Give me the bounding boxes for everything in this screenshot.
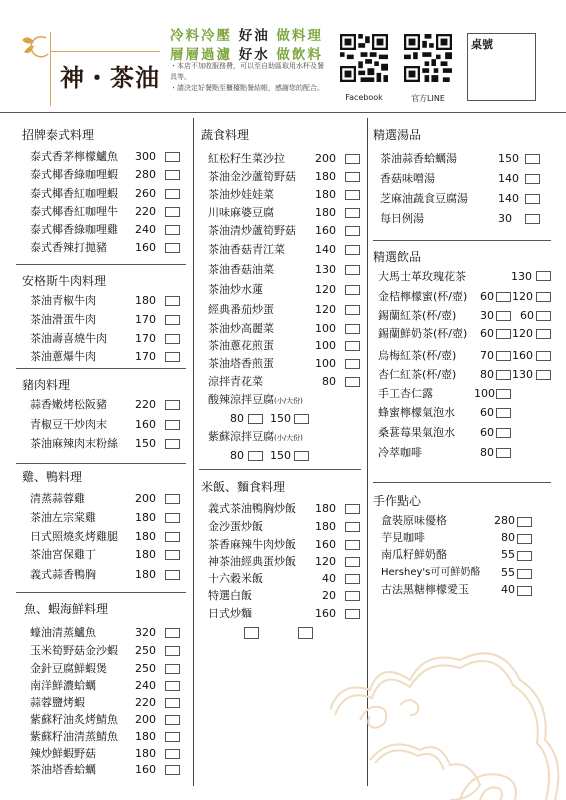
menu-item: 茶油炒高麗菜100 [208, 320, 360, 338]
section-title-soup: 精選湯品 [373, 124, 421, 143]
order-checkbox[interactable] [165, 334, 180, 344]
menu-item: 芋見咖啡80 [381, 529, 541, 547]
noodle-options [208, 624, 360, 642]
order-checkbox[interactable] [165, 152, 180, 162]
cloud-decoration-icon [330, 640, 566, 800]
order-checkbox[interactable] [165, 420, 180, 430]
menu-item: 義式茶油鴨胸炒飯180 [208, 500, 360, 518]
order-checkbox[interactable] [517, 517, 532, 527]
menu-item-tofu-1-prices: 80 150 [208, 410, 360, 428]
menu-item: 杏仁紅茶(杯/壺)80130 [378, 366, 558, 384]
order-checkbox[interactable] [165, 494, 180, 504]
order-checkbox[interactable] [165, 532, 180, 542]
order-checkbox[interactable] [345, 265, 360, 275]
menu-item: 茶油壽喜燒牛肉170 [30, 330, 180, 348]
header-divider [0, 112, 566, 113]
order-checkbox-small[interactable] [248, 451, 263, 461]
menu-item: 泰式椰香綠咖哩蝦280 [30, 166, 180, 184]
brand-logo: 神・茶油 [14, 28, 164, 108]
qr-label-line: 官方LINE [400, 93, 456, 104]
order-checkbox[interactable] [165, 646, 180, 656]
order-checkbox[interactable] [345, 359, 360, 369]
order-checkbox-pot[interactable] [536, 329, 551, 339]
order-checkbox[interactable] [345, 540, 360, 550]
order-checkbox[interactable] [345, 285, 360, 295]
menu-item: 涼拌青花菜80 [208, 373, 360, 391]
section-title-drinks: 精選飲品 [373, 246, 421, 265]
order-checkbox-cup[interactable] [496, 292, 511, 302]
order-checkbox-large[interactable] [294, 414, 309, 424]
order-checkbox[interactable] [496, 389, 511, 399]
order-checkbox[interactable] [496, 408, 511, 418]
order-checkbox-cup[interactable] [496, 351, 511, 361]
order-checkbox-cup[interactable] [496, 311, 511, 321]
menu-item: 茶香麻辣牛肉炒飯160 [208, 536, 360, 554]
order-checkbox-cup[interactable] [496, 329, 511, 339]
section-title-veg: 蔬食料理 [201, 124, 249, 143]
menu-item: 茶油蔥爆牛肉170 [30, 348, 180, 366]
menu-item: 茶油青椒牛肉180 [30, 292, 180, 310]
menu-item: 神茶油經典蛋炒飯120 [208, 553, 360, 571]
menu-item: 十六穀米飯40 [208, 570, 360, 588]
slogan-line-1: 冷料冷壓 好油 做料理 [170, 24, 323, 44]
qr-code-icon[interactable] [340, 34, 388, 82]
order-checkbox[interactable] [345, 190, 360, 200]
menu-item: 南洋鮮濃蛤蠣240 [30, 677, 180, 695]
menu-item: 每日例湯30 [380, 210, 542, 228]
noodle-option-checkbox[interactable] [244, 627, 259, 639]
order-checkbox[interactable] [165, 749, 180, 759]
menu-item: 義式蒜香鴨胸180 [30, 566, 180, 584]
menu-item: 紫蘇籽油清蒸鯖魚180 [30, 728, 180, 746]
order-checkbox-pot[interactable] [536, 311, 551, 321]
section-title-dessert: 手作點心 [373, 490, 421, 509]
order-checkbox-cup[interactable] [496, 370, 511, 380]
leaf-logo-icon [18, 32, 58, 62]
menu-item: 特選白飯20 [208, 587, 360, 605]
order-checkbox[interactable] [345, 341, 360, 351]
menu-item: 茶油塔香蛤蠣160 [30, 761, 180, 779]
menu-item-tofu-1: 酸辣涼拌豆腐(小/大份) [208, 391, 360, 409]
order-checkbox[interactable] [165, 628, 180, 638]
menu-item: 香菇味噌湯140 [380, 170, 542, 188]
menu-item: 川味麻婆豆腐180 [208, 204, 360, 222]
menu-item: 泰式椰香紅咖哩蝦260 [30, 185, 180, 203]
order-checkbox[interactable] [345, 208, 360, 218]
order-checkbox[interactable] [165, 513, 180, 523]
section-title-rice: 米飯、麵食料理 [201, 476, 285, 495]
menu-item: 茶油蒜香蛤蠣湯150 [380, 150, 542, 168]
order-checkbox[interactable] [165, 296, 180, 306]
notice-item: ・請決定好餐點至櫃檯點餐結帳，感謝您的配合。 [170, 83, 330, 94]
menu-item: 茶油香菇青江菜140 [208, 241, 360, 259]
menu-item: 金桔檸檬蜜(杯/壺)60120 [378, 288, 558, 306]
section-title-seafood: 魚、蝦海鮮料理 [24, 598, 108, 617]
order-checkbox[interactable] [517, 586, 532, 596]
order-checkbox-pot[interactable] [536, 271, 551, 281]
menu-item: 茶油麻辣肉末粉絲150 [30, 435, 180, 453]
section-title-pork: 豬肉料理 [22, 374, 70, 393]
order-checkbox[interactable] [517, 569, 532, 579]
order-checkbox[interactable] [525, 194, 540, 204]
order-checkbox[interactable] [165, 315, 180, 325]
menu-item: 泰式香茅檸檬鱸魚300 [30, 148, 180, 166]
order-checkbox[interactable] [525, 174, 540, 184]
logo-line [50, 51, 160, 52]
menu-item: 金沙蛋炒飯180 [208, 518, 360, 536]
notice-list: ・本店不加收服務費，可以至自助區取用水杯及餐具等。 ・請決定好餐點至櫃檯點餐結帳… [170, 61, 330, 94]
order-checkbox[interactable] [525, 214, 540, 224]
slogan-line-2: 層層過濾 好水 做飲料 [170, 43, 323, 63]
menu-item: 古法黑糖檸檬愛玉40 [381, 581, 541, 599]
order-checkbox[interactable] [345, 522, 360, 532]
order-checkbox[interactable] [345, 574, 360, 584]
section-title-thai: 招牌泰式料理 [22, 124, 94, 143]
menu-item: 茶油宮保雞丁180 [30, 546, 180, 564]
order-checkbox[interactable] [165, 207, 180, 217]
order-checkbox[interactable] [345, 154, 360, 164]
menu-item: 茶油金沙蘆筍野菇180 [208, 168, 360, 186]
order-checkbox[interactable] [165, 681, 180, 691]
order-checkbox[interactable] [345, 172, 360, 182]
order-checkbox[interactable] [345, 226, 360, 236]
section-divider [373, 240, 551, 241]
section-divider [16, 463, 186, 464]
brand-name: 神・茶油 [60, 58, 160, 93]
order-checkbox[interactable] [345, 609, 360, 619]
menu-item-tofu-2: 紫蘇涼拌豆腐(小/大份) [208, 428, 360, 446]
menu-item: 芝麻油蔬食豆腐湯140 [380, 190, 542, 208]
menu-item: 錫蘭鮮奶茶(杯/壺)60120 [378, 325, 558, 343]
menu-item: 日式炒麵160 [208, 605, 360, 623]
order-checkbox[interactable] [165, 189, 180, 199]
order-checkbox[interactable] [345, 305, 360, 315]
order-checkbox[interactable] [165, 352, 180, 362]
order-checkbox[interactable] [345, 245, 360, 255]
menu-item: 清蒸蒜蓉雞200 [30, 490, 180, 508]
menu-item: 盒裝原味優格280 [381, 512, 541, 530]
menu-item: 茶油蔥花煎蛋100 [208, 337, 360, 355]
order-checkbox[interactable] [165, 570, 180, 580]
order-checkbox-pot[interactable] [536, 292, 551, 302]
order-checkbox[interactable] [345, 377, 360, 387]
slogan-highlight: 好油 [239, 28, 270, 44]
menu-item: 茶油左宗棠雞180 [30, 509, 180, 527]
slogan-text: 做料理 [276, 28, 323, 44]
section-divider [373, 482, 551, 483]
menu-item: 茶油炒水蓮120 [208, 281, 360, 299]
section-title-beef: 安格斯牛肉料理 [22, 270, 106, 289]
order-checkbox[interactable] [517, 534, 532, 544]
order-checkbox-large[interactable] [294, 451, 309, 461]
menu-item: 蒜香嫩烤松阪豬220 [30, 396, 180, 414]
order-checkbox-pot[interactable] [536, 351, 551, 361]
order-checkbox[interactable] [345, 591, 360, 601]
menu-item: 泰式椰香綠咖哩雞240 [30, 221, 180, 239]
order-checkbox[interactable] [165, 698, 180, 708]
order-checkbox[interactable] [165, 550, 180, 560]
menu-item: 烏梅紅茶(杯/壺)70160 [378, 347, 558, 365]
notice-item: ・本店不加收服務費，可以至自助區取用水杯及餐具等。 [170, 61, 330, 83]
order-checkbox[interactable] [165, 715, 180, 725]
menu-item: 金針豆腐鮮蝦煲250 [30, 660, 180, 678]
menu-item: 蜂蜜檸檬氣泡水60 [378, 404, 558, 422]
menu-item: 茶油清炒蘆筍野菇160 [208, 222, 360, 240]
order-checkbox-small[interactable] [248, 414, 263, 424]
section-divider [16, 264, 186, 265]
section-divider [16, 368, 186, 369]
order-checkbox[interactable] [345, 504, 360, 514]
menu-item: 泰式椰香紅咖哩牛220 [30, 203, 180, 221]
section-divider [16, 592, 186, 593]
menu-item: 紅松籽生菜沙拉200 [208, 150, 360, 168]
order-checkbox[interactable] [517, 551, 532, 561]
menu-item: 青椒豆干炒肉末160 [30, 416, 180, 434]
menu-item: 玉米筍野菇金沙蝦250 [30, 642, 180, 660]
order-checkbox[interactable] [496, 448, 511, 458]
order-checkbox[interactable] [345, 324, 360, 334]
order-checkbox-pot[interactable] [536, 370, 551, 380]
order-checkbox[interactable] [165, 732, 180, 742]
order-checkbox[interactable] [165, 439, 180, 449]
menu-item: 經典番茄炒蛋120 [208, 301, 360, 319]
menu-item: 茶油香菇油菜130 [208, 261, 360, 279]
menu-item: 茶油塔香煎蛋100 [208, 355, 360, 373]
order-checkbox[interactable] [165, 664, 180, 674]
section-divider [199, 469, 361, 470]
menu-item: 冷萃咖啡80 [378, 444, 558, 462]
menu-item: 手工杏仁露100 [378, 385, 558, 403]
menu-item: 南瓜籽鮮奶酪55 [381, 546, 541, 564]
order-checkbox[interactable] [165, 170, 180, 180]
order-checkbox[interactable] [165, 243, 180, 253]
menu-item: 大馬士革玫瑰花茶130 [378, 268, 558, 286]
menu-item: 錫蘭紅茶(杯/壺)3060 [378, 307, 558, 325]
qr-label-facebook: Facebook [340, 93, 388, 102]
column-divider [193, 118, 194, 786]
menu-item: 茶油滑蛋牛肉170 [30, 311, 180, 329]
menu-item-tofu-2-prices: 80 150 [208, 447, 360, 465]
menu-item: Hershey's可可鮮奶酪55 [381, 564, 541, 582]
order-checkbox[interactable] [496, 428, 511, 438]
noodle-option-checkbox[interactable] [298, 627, 313, 639]
menu-item: 桑葚莓果氣泡水60 [378, 424, 558, 442]
table-number-box[interactable]: 桌號 [467, 33, 536, 101]
menu-item: 蒜蓉鹽烤蝦220 [30, 694, 180, 712]
table-number-label: 桌號 [471, 36, 493, 52]
slogan-text: 冷料冷壓 [170, 28, 232, 44]
order-checkbox[interactable] [345, 557, 360, 567]
order-checkbox[interactable] [165, 400, 180, 410]
menu-item: 蠔油清蒸鱸魚320 [30, 624, 180, 642]
section-title-chicken: 雞、鴨料理 [22, 466, 82, 485]
order-checkbox[interactable] [525, 154, 540, 164]
menu-item: 日式照燒炙烤雞腿180 [30, 528, 180, 546]
menu-item: 泰式香辣打拋豬160 [30, 239, 180, 257]
order-checkbox[interactable] [165, 225, 180, 235]
menu-item: 紫蘇籽油炙烤鯖魚200 [30, 711, 180, 729]
order-checkbox[interactable] [165, 765, 180, 775]
menu-item: 茶油炒娃娃菜180 [208, 186, 360, 204]
qr-code-icon[interactable] [404, 34, 452, 82]
